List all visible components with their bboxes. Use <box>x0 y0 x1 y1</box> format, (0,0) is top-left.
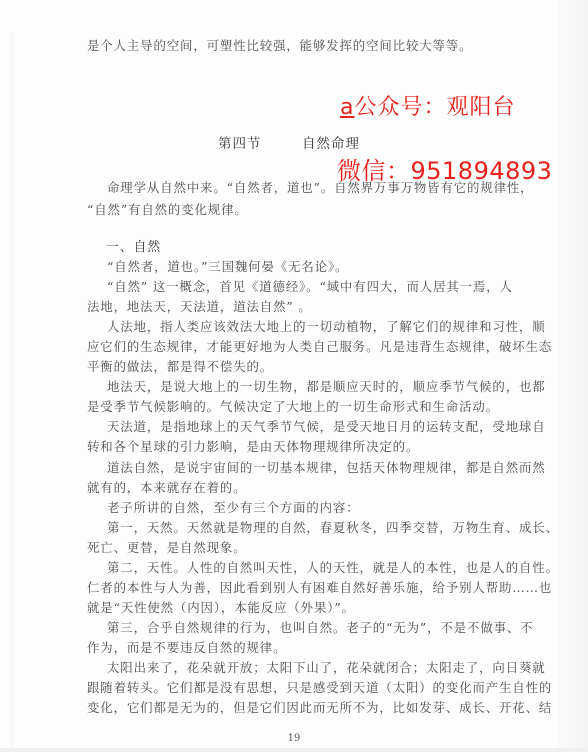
body-line: 就是“天性使然（内因），本能反应（外果）”。 <box>87 600 355 616</box>
body-line: 天法道，是指地球上的天气季节气候，是受天地日月的运转支配，受地球自 <box>107 419 546 435</box>
page-left-edge-shadow <box>10 32 15 752</box>
watermark-wechat: 微信：951894893 <box>337 151 552 186</box>
body-line: 应它们的生态规律，才能更好地为人类自己服务。凡是违背生态规律，破坏生态 <box>87 339 552 355</box>
page-bottom-edge <box>0 748 588 752</box>
intro-line-2: “自然”有自然的变化规律。 <box>87 202 248 218</box>
watermark-account-name: 公众号：观阳台 <box>354 95 515 120</box>
page-number: 19 <box>0 733 588 744</box>
body-line: 平衡的做法，都是得不偿失的。 <box>87 359 273 375</box>
body-line: 人法地，指人类应该效法大地上的一切动植物，了解它们的规律和习性，顺 <box>107 319 546 335</box>
body-line: 是受季节气候影响的。气候决定了大地上的一切生命形式和生命活动。 <box>87 399 499 415</box>
body-line: 作为，而是不要违反自然的规律。 <box>87 640 286 656</box>
body-line: “自然” 这一概念，首见《道德经》。“域中有四大，而人居其一焉，人 <box>107 279 513 295</box>
body-line: 道法自然，是说宇宙间的一切基本规律，包括天体物理规律，都是自然而然 <box>107 460 546 476</box>
body-line: 死亡、更替，是自然现象。 <box>87 540 247 556</box>
section-title: 自然命理 <box>302 132 360 152</box>
body-line: 变化，它们都是无为的，但是它们因此而无所不为，比如发芽、成长、开花、结 <box>87 700 552 716</box>
body-line: 第三，合乎自然规律的行为，也叫自然。老子的“无为”，不是不做事、不 <box>107 620 533 636</box>
document-page: 是个人主导的空间，可塑性比较强，能够发挥的空间比较大等等。 第四节 自然命理 命… <box>0 0 588 752</box>
body-line: 转和各个星球的引力影响，是由天体物理规律所决定的。 <box>87 439 419 455</box>
body-line: 法地，地法天，天法道，道法自然” 。 <box>87 299 312 315</box>
body-line: 太阳出来了，花朵就开放；太阳下山了，花朵就闭合；太阳走了，向日葵就 <box>107 660 546 676</box>
carryover-line: 是个人主导的空间，可塑性比较强，能够发挥的空间比较大等等。 <box>87 38 472 54</box>
watermark-public-account: a公众号：观阳台 <box>340 90 516 121</box>
body-line: 第一，天然。天然就是物理的自然，春夏秋冬，四季交替，万物生育、成长、 <box>107 520 559 536</box>
page-right-edge-shadow <box>558 0 588 752</box>
watermark-prefix: a <box>340 95 354 120</box>
section-number: 第四节 <box>218 132 262 152</box>
body-line: 地法天，是说大地上的一切生物，都是顺应天时的，顺应季节气候的，也都 <box>107 379 546 395</box>
body-line: 就有的，本来就存在着的。 <box>87 480 247 496</box>
subsection-title: 一、自然 <box>106 236 161 255</box>
body-line: 第二，天性。人性的自然叫天性，人的天性，就是人的本性，也是人的自性。 <box>107 560 559 576</box>
body-line: 跟随着转头。它们都是没有思想，只是感受到天道（太阳）的变化而产生自性的 <box>87 680 552 696</box>
body-line: 仁者的本性与人为善，因此看到别人有困难自然好善乐施，给予别人帮助……也 <box>87 580 552 596</box>
body-line: “自然者，道也。”三国魏何晏《无名论》。 <box>107 259 348 275</box>
body-line: 老子所讲的自然，至少有三个方面的内容： <box>107 500 360 516</box>
